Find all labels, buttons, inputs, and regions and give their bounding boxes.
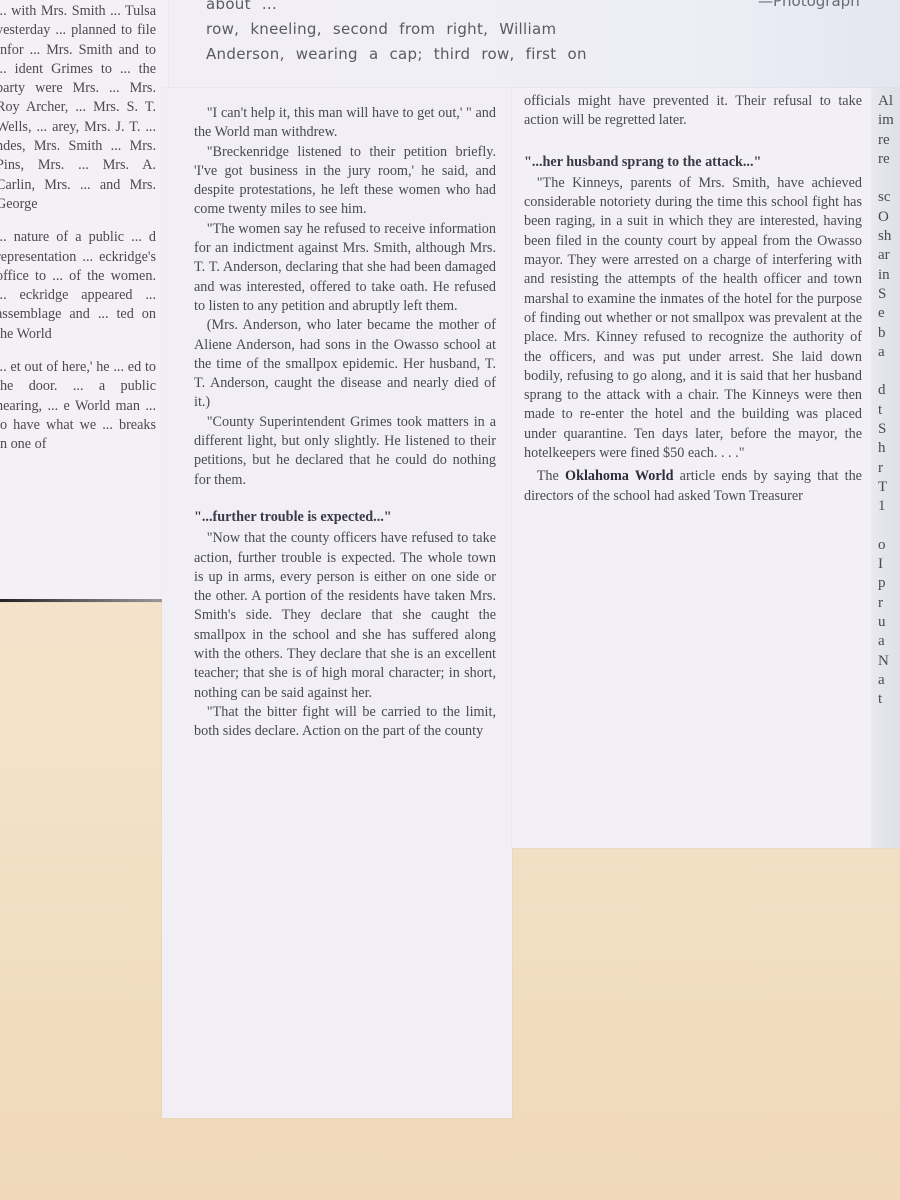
closing-text: The — [537, 468, 565, 484]
edge-fragment: T — [878, 478, 900, 497]
photo-caption: about ... row, kneeling, second from rig… — [206, 0, 676, 67]
edge-fragment: S — [878, 420, 900, 439]
paragraph: ... nature of a public ... d representat… — [0, 228, 156, 344]
edge-fragment: N — [878, 652, 900, 671]
right-column: officials might have prevented it. Their… — [524, 92, 862, 506]
paragraph: "Breckenridge listened to their petition… — [194, 143, 496, 220]
publication-name: Oklahoma World — [565, 468, 673, 484]
edge-fragment — [878, 362, 900, 381]
edge-fragment: u — [878, 613, 900, 632]
edge-fragment: t — [878, 401, 900, 420]
edge-fragment: im — [878, 111, 900, 130]
edge-fragment: a — [878, 632, 900, 651]
edge-fragment: a — [878, 671, 900, 690]
closing-paragraph: The Oklahoma World article ends by sayin… — [524, 467, 862, 506]
edge-fragment: S — [878, 285, 900, 304]
edge-fragment: r — [878, 594, 900, 613]
paragraph: "County Superintendent Grimes took matte… — [194, 413, 496, 490]
caption-line: row, kneeling, second from right, Willia… — [206, 17, 676, 42]
paragraph: ... et out of here,' he ... ed to the do… — [0, 358, 156, 454]
paragraph: "That the bitter fight will be carried t… — [194, 703, 496, 742]
paragraph: officials might have prevented it. Their… — [524, 92, 862, 131]
edge-fragment: re — [878, 150, 900, 169]
edge-fragment: ar — [878, 246, 900, 265]
edge-fragment — [878, 517, 900, 536]
caption-line: Anderson, wearing a cap; third row, firs… — [206, 42, 676, 67]
paragraph: (Mrs. Anderson, who later became the mot… — [194, 316, 496, 412]
edge-fragment: p — [878, 574, 900, 593]
edge-fragment: Al — [878, 92, 900, 111]
edge-fragment: sh — [878, 227, 900, 246]
edge-fragment — [878, 169, 900, 188]
edge-fragment: 1 — [878, 497, 900, 516]
edge-fragment: b — [878, 324, 900, 343]
caption-line: about ... — [206, 0, 676, 17]
edge-fragment: r — [878, 459, 900, 478]
edge-fragment: re — [878, 131, 900, 150]
edge-fragment: O — [878, 208, 900, 227]
subheading: "...further trouble is expected..." — [194, 508, 496, 527]
edge-fragment: o — [878, 536, 900, 555]
paragraph: "The Kinneys, parents of Mrs. Smith, hav… — [524, 174, 862, 463]
subheading: "...her husband sprang to the attack..." — [524, 153, 862, 172]
left-column: ... with Mrs. Smith ... Tulsa yesterday … — [0, 2, 156, 455]
paragraph: "The women say he refused to receive inf… — [194, 220, 496, 316]
edge-column: Alimrere scOsharinSeba dtShrT1 oIpruaNat — [878, 92, 900, 710]
edge-fragment: I — [878, 555, 900, 574]
edge-fragment: d — [878, 381, 900, 400]
edge-fragment: sc — [878, 188, 900, 207]
paragraph: "I can't help it, this man will have to … — [194, 104, 496, 143]
middle-column: "I can't help it, this man will have to … — [194, 104, 496, 742]
edge-fragment: a — [878, 343, 900, 362]
edge-fragment: h — [878, 439, 900, 458]
photo-credit: —Photograph — [758, 0, 860, 10]
paragraph: ... with Mrs. Smith ... Tulsa yesterday … — [0, 2, 156, 214]
paragraph: "Now that the county officers have refus… — [194, 529, 496, 703]
edge-fragment: t — [878, 690, 900, 709]
edge-fragment: e — [878, 304, 900, 323]
edge-fragment: in — [878, 266, 900, 285]
